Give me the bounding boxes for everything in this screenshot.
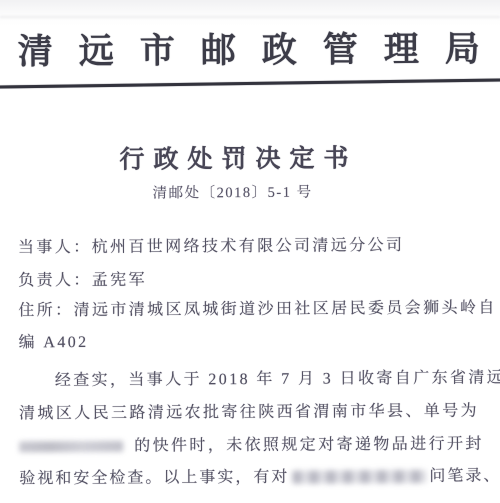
party-row: 当事人：杭州百世网络技术有限公司清远分公司 bbox=[18, 236, 405, 258]
body-line4-text-after: 问笔录、 bbox=[429, 467, 500, 484]
redaction-blur-name bbox=[292, 470, 426, 484]
document-number: 清邮处〔2018〕5-1 号 bbox=[0, 180, 466, 204]
body-paragraph-line1: 经查实，当事人于 2018 年 7 月 3 日收寄自广东省清远市 bbox=[55, 368, 500, 391]
redaction-blur-tracking-number bbox=[19, 441, 123, 453]
address-value-line1: 清远市清城区凤城街道沙田社区居民委员会狮头岭自 bbox=[74, 299, 497, 319]
address-label: 住所： bbox=[18, 302, 73, 319]
responsible-person-label: 负责人： bbox=[18, 272, 92, 289]
body-paragraph-line4: 验视和安全检查。以上事实，有对问笔录、 bbox=[19, 466, 500, 489]
document-title: 行政处罚决定书 bbox=[0, 138, 478, 177]
scanned-penalty-decision-document: 清远市邮政管理局 行政处罚决定书 清邮处〔2018〕5-1 号 当事人：杭州百世… bbox=[0, 0, 500, 503]
responsible-person-value: 孟宪军 bbox=[92, 272, 147, 289]
party-label: 当事人： bbox=[18, 239, 92, 256]
body-line3-text: 的快件时，未依照规定对寄递物品进行开封 bbox=[134, 436, 484, 455]
body-line4-text-before: 验视和安全检查。以上事实，有对 bbox=[19, 469, 289, 488]
body-paragraph-line3: 的快件时，未依照规定对寄递物品进行开封 bbox=[19, 435, 484, 458]
responsible-person-row: 负责人：孟宪军 bbox=[18, 271, 147, 292]
address-row-line2: 编 A402 bbox=[18, 333, 88, 353]
address-row-line1: 住所：清远市清城区凤城街道沙田社区居民委员会狮头岭自 bbox=[18, 298, 497, 321]
party-value: 杭州百世网络技术有限公司清远分公司 bbox=[92, 237, 405, 256]
agency-header-text: 清远市邮政管理局 bbox=[18, 29, 480, 74]
body-paragraph-line2: 清城区人民三路清远农批寄往陕西省渭南市华县、单号为 bbox=[19, 402, 479, 425]
document-sheet: 清远市邮政管理局 行政处罚决定书 清邮处〔2018〕5-1 号 当事人：杭州百世… bbox=[0, 0, 500, 503]
header-divider-rule bbox=[0, 78, 500, 88]
address-value-line2: 编 A402 bbox=[19, 334, 89, 351]
